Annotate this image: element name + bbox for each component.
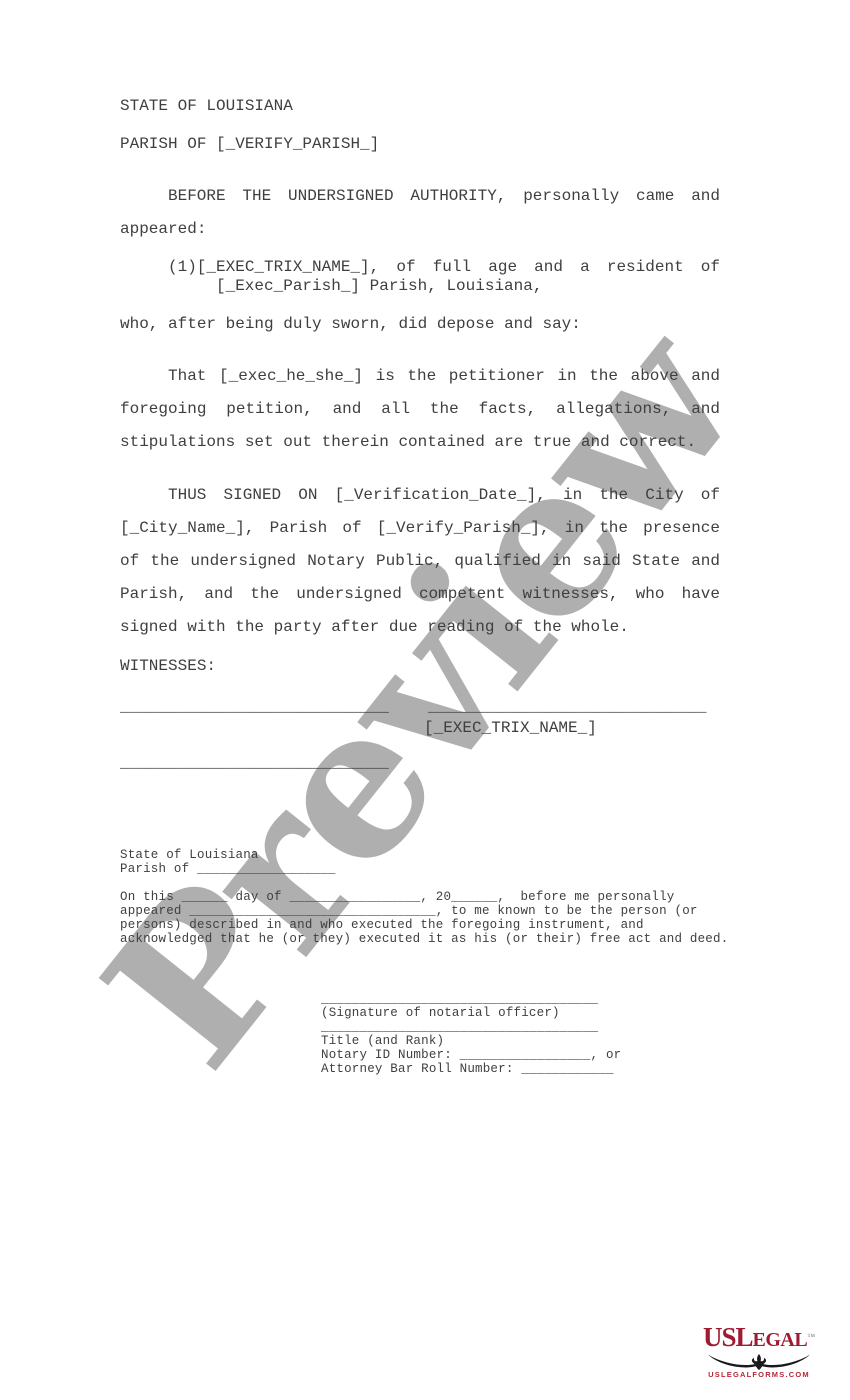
doc-line: PARISH OF [_VERIFY_PARISH_] <box>120 134 379 154</box>
notary-line: persons) described in and who executed t… <box>120 918 728 932</box>
officer-line: (Signature of notarial officer) <box>321 1006 621 1020</box>
doc-line: foregoing petition, and all the facts, a… <box>120 399 720 419</box>
witness-signature-line-2: ____________________________ <box>120 753 389 773</box>
logo-l-text: L <box>735 1322 752 1352</box>
officer-line: Attorney Bar Roll Number: ____________ <box>321 1062 621 1076</box>
uslegal-logo[interactable]: USLEGAL™ USLEGALFORMS.COM <box>696 1324 822 1379</box>
officer-line: Title (and Rank) <box>321 1034 621 1048</box>
notary-line: State of Louisiana <box>120 848 728 862</box>
officer-line: ____________________________________ <box>321 992 621 1006</box>
executrix-signature-line: _____________________________ <box>428 697 706 717</box>
doc-line: appeared: <box>120 219 206 239</box>
witness-signature-line-1: ____________________________ <box>120 697 389 717</box>
notary-line: On this ______ day of _________________,… <box>120 890 728 904</box>
doc-line: stipulations set out therein contained a… <box>120 432 696 452</box>
notary-acknowledgment-block: State of LouisianaParish of ____________… <box>120 848 728 946</box>
doc-line: STATE OF LOUISIANA <box>120 96 293 116</box>
notary-line: appeared _______________________________… <box>120 904 728 918</box>
trademark-symbol: ™ <box>807 1332 815 1341</box>
eagle-icon <box>703 1353 815 1370</box>
notary-line: Parish of __________________ <box>120 862 728 876</box>
doc-line: (1)[_EXEC_TRIX_NAME_], of full age and a… <box>168 257 720 277</box>
doc-line: who, after being duly sworn, did depose … <box>120 314 581 334</box>
doc-line: of the undersigned Notary Public, qualif… <box>120 551 720 571</box>
logo-us-text: US <box>703 1322 736 1352</box>
doc-line: WITNESSES: <box>120 656 216 676</box>
logo-egal-text: EGAL <box>753 1329 808 1351</box>
uslegal-wordmark: USLEGAL™ <box>696 1324 822 1355</box>
notary-line: acknowledged that he (or they) executed … <box>120 932 728 946</box>
officer-line: ____________________________________ <box>321 1020 621 1034</box>
uslegalforms-url: USLEGALFORMS.COM <box>696 1370 822 1379</box>
notarial-officer-block: ____________________________________(Sig… <box>321 992 621 1076</box>
notary-line <box>120 876 728 890</box>
doc-line: BEFORE THE UNDERSIGNED AUTHORITY, person… <box>168 186 720 206</box>
document-content: STATE OF LOUISIANAPARISH OF [_VERIFY_PAR… <box>0 0 850 1400</box>
doc-line: [_Exec_Parish_] Parish, Louisiana, <box>216 276 542 296</box>
officer-line: Notary ID Number: _________________, or <box>321 1048 621 1062</box>
doc-line: THUS SIGNED ON [_Verification_Date_], in… <box>168 485 720 505</box>
document-page: Preview STATE OF LOUISIANAPARISH OF [_VE… <box>0 0 850 1400</box>
doc-line: Parish, and the undersigned competent wi… <box>120 584 720 604</box>
executrix-name-label: [_EXEC_TRIX_NAME_] <box>424 718 597 738</box>
doc-line: signed with the party after due reading … <box>120 617 629 637</box>
doc-line: That [_exec_he_she_] is the petitioner i… <box>168 366 720 386</box>
doc-line: [_City_Name_], Parish of [_Verify_Parish… <box>120 518 720 538</box>
